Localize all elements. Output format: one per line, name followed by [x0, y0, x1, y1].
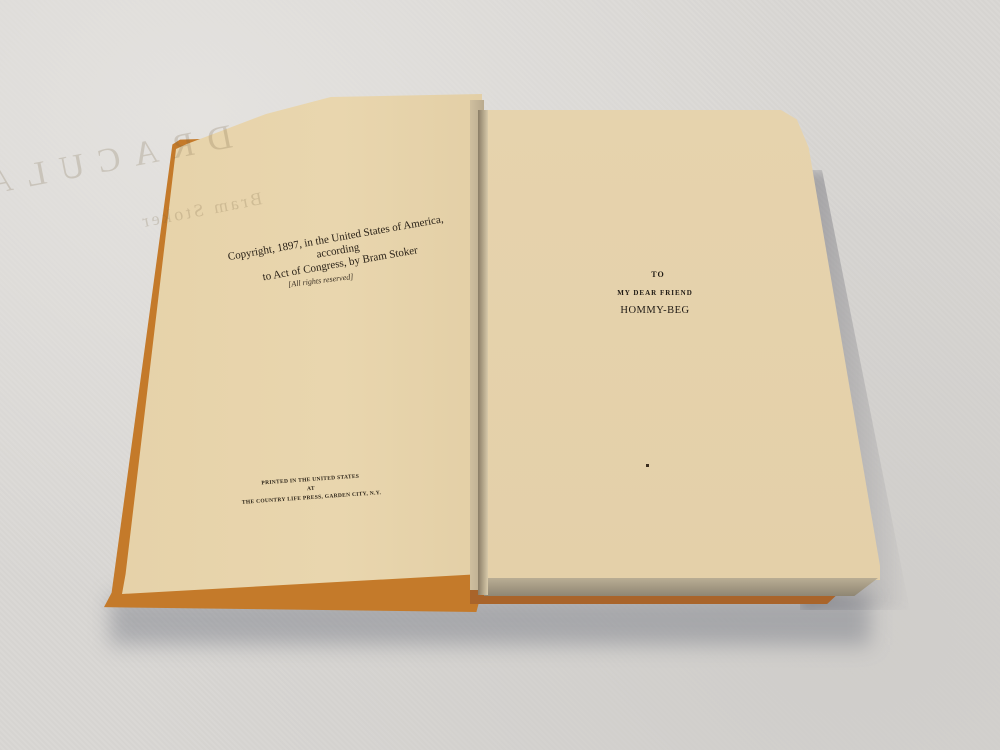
page-speck [646, 464, 649, 467]
left-page [122, 94, 482, 594]
dedication-to: TO [596, 270, 720, 279]
dedication-name: HOMMY-BEG [590, 305, 720, 316]
page-block-edge [484, 578, 878, 596]
photo-scene: DRACULA Bram Stoker Copyright, 1897, in … [0, 0, 1000, 750]
dedication-line: MY DEAR FRIEND [590, 289, 720, 297]
book-gutter [478, 110, 488, 595]
dedication: TO MY DEAR FRIEND HOMMY-BEG [590, 270, 720, 316]
